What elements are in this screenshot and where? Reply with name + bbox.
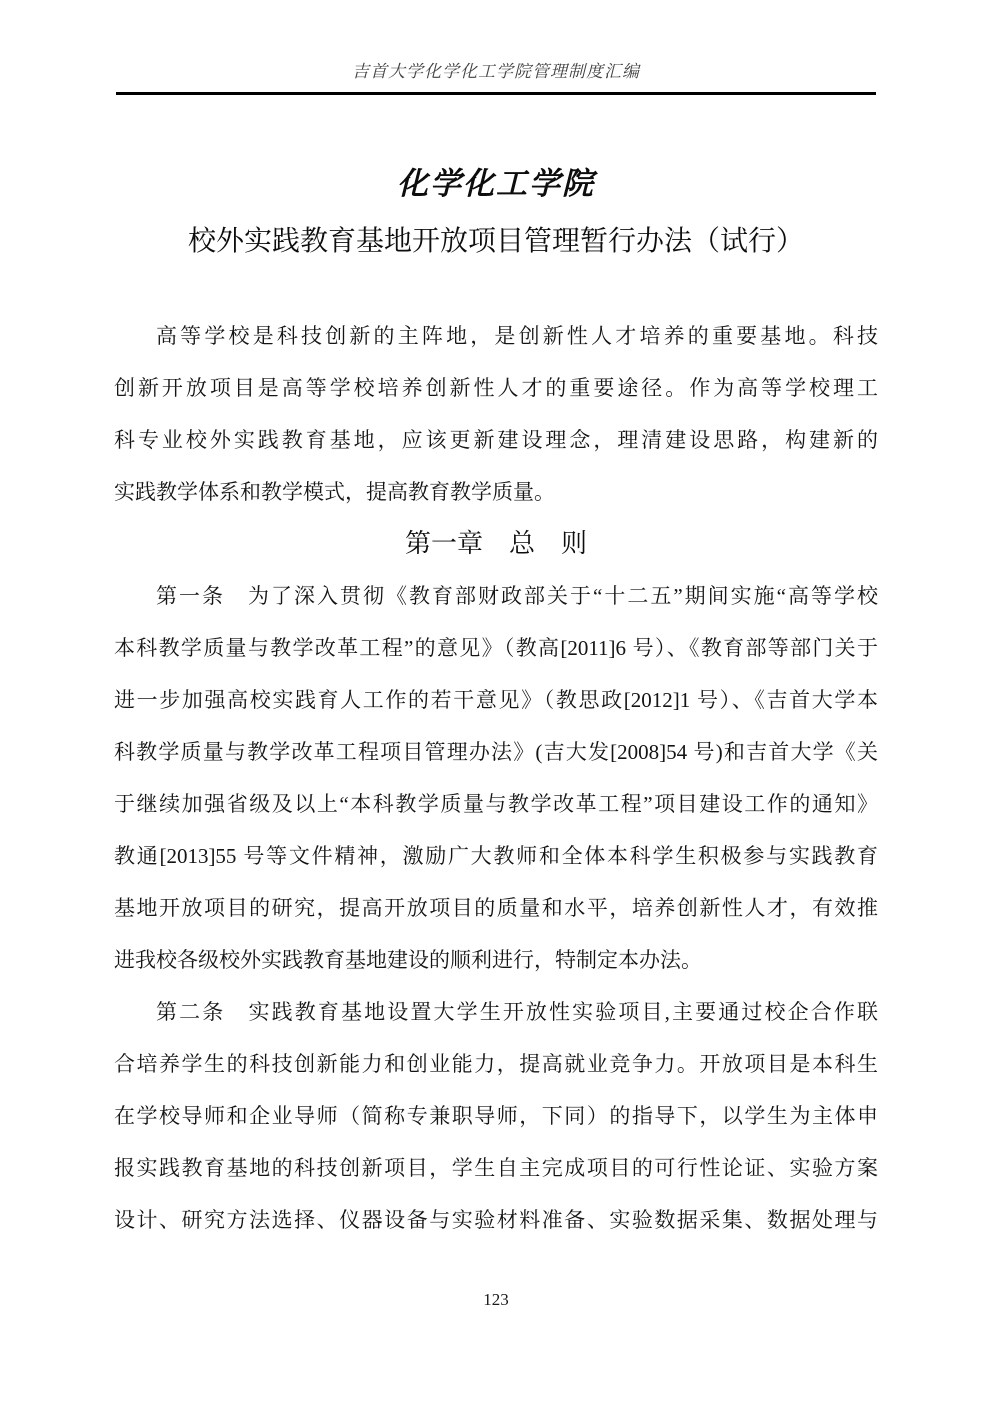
text-line: 合培养学生的科技创新能力和创业能力，提高就业竞争力。开放项目是本科生 — [114, 1038, 878, 1090]
text-line: 基地开放项目的研究，提高开放项目的质量和水平，培养创新性人才，有效推 — [114, 882, 878, 934]
text-line: 科专业校外实践教育基地，应该更新建设理念，理清建设思路，构建新的 — [114, 414, 878, 466]
text-line: 教通[2013]55 号等文件精神，激励广大教师和全体本科学生积极参与实践教育 — [114, 830, 878, 882]
text-line: 设计、研究方法选择、仪器设备与实验材料准备、实验数据采集、数据处理与 — [114, 1194, 878, 1246]
running-header-title: 吉首大学化学化工学院管理制度汇编 — [0, 60, 992, 84]
article-2-paragraph: 第二条 实践教育基地设置大学生开放性实验项目,主要通过校企合作联 合培养学生的科… — [114, 986, 878, 1246]
department-title: 化学化工学院 — [0, 163, 992, 205]
text-line: 创新开放项目是高等学校培养创新性人才的重要途径。作为高等学校理工 — [114, 362, 878, 414]
document-page: 吉首大学化学化工学院管理制度汇编 化学化工学院 校外实践教育基地开放项目管理暂行… — [0, 0, 992, 1403]
text-line: 第一条 为了深入贯彻《教育部财政部关于“十二五”期间实施“高等学校 — [114, 570, 878, 622]
text-line: 高等学校是科技创新的主阵地，是创新性人才培养的重要基地。科技 — [114, 310, 878, 362]
chapter-1-heading: 第一章 总 则 — [114, 518, 878, 570]
header-rule — [116, 92, 876, 95]
document-title: 校外实践教育基地开放项目管理暂行办法（试行） — [0, 221, 992, 263]
intro-paragraph: 高等学校是科技创新的主阵地，是创新性人才培养的重要基地。科技 创新开放项目是高等… — [114, 310, 878, 518]
text-line: 实践教学体系和教学模式，提高教育教学质量。 — [114, 466, 878, 518]
page-number: 123 — [0, 1289, 992, 1311]
article-1-paragraph: 第一条 为了深入贯彻《教育部财政部关于“十二五”期间实施“高等学校 本科教学质量… — [114, 570, 878, 986]
text-line: 进我校各级校外实践教育基地建设的顺利进行，特制定本办法。 — [114, 934, 878, 986]
text-line: 第二条 实践教育基地设置大学生开放性实验项目,主要通过校企合作联 — [114, 986, 878, 1038]
text-line: 科教学质量与教学改革工程项目管理办法》(吉大发[2008]54 号)和吉首大学《… — [114, 726, 878, 778]
text-line: 在学校导师和企业导师（简称专兼职导师，下同）的指导下，以学生为主体申 — [114, 1090, 878, 1142]
text-line: 于继续加强省级及以上“本科教学质量与教学改革工程”项目建设工作的通知》 — [114, 778, 878, 830]
text-line: 进一步加强高校实践育人工作的若干意见》（教思政[2012]1 号）、《吉首大学本 — [114, 674, 878, 726]
document-body: 高等学校是科技创新的主阵地，是创新性人才培养的重要基地。科技 创新开放项目是高等… — [114, 310, 878, 1246]
text-line: 报实践教育基地的科技创新项目，学生自主完成项目的可行性论证、实验方案 — [114, 1142, 878, 1194]
text-line: 本科教学质量与教学改革工程”的意见》（教高[2011]6 号）、《教育部等部门关… — [114, 622, 878, 674]
